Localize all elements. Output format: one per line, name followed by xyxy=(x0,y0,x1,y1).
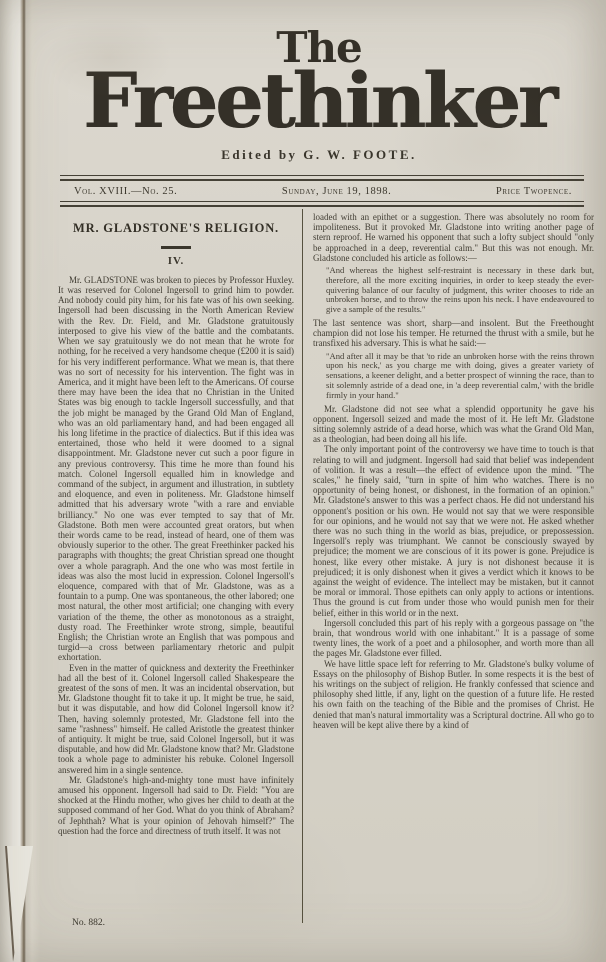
part-number-heading: IV. xyxy=(58,255,294,267)
price-label: Price Twopence. xyxy=(496,186,572,197)
dateline: Vol. XVIII.—No. 25. Sunday, June 19, 189… xyxy=(40,181,598,201)
masthead: The Freethinker Edited by G. W. FOOTE. xyxy=(40,0,598,163)
printed-page: The Freethinker Edited by G. W. FOOTE. V… xyxy=(40,0,598,962)
body-paragraph: Mr. GLADSTONE was broken to pieces by Pr… xyxy=(58,275,294,663)
body-paragraph: The last sentence was short, sharp—and i… xyxy=(313,318,594,349)
body-paragraph: Mr. Gladstone's high-and-mighty tone mus… xyxy=(58,775,294,836)
article-columns: MR. GLADSTONE'S RELIGION. IV. Mr. GLADST… xyxy=(40,209,598,923)
masthead-rule-bottom xyxy=(60,201,584,207)
body-paragraph: Mr. Gladstone did not see what a splendi… xyxy=(313,404,594,445)
volume-number: Vol. XVIII.—No. 25. xyxy=(74,186,177,197)
left-column: MR. GLADSTONE'S RELIGION. IV. Mr. GLADST… xyxy=(40,209,302,923)
newspaper-scan-page: { "masthead": { "the": "The", "title": "… xyxy=(0,0,606,962)
body-paragraph: Even in the matter of quickness and dext… xyxy=(58,663,294,775)
quote-block: "And after all it may be that 'to ride a… xyxy=(326,352,594,401)
quote-block: "And whereas the highest self-restraint … xyxy=(326,266,594,315)
binding-edge xyxy=(0,0,40,962)
right-column: loaded with an epithet or a suggestion. … xyxy=(303,209,598,923)
article-title: MR. GLADSTONE'S RELIGION. xyxy=(58,221,294,236)
torn-page-corner xyxy=(7,846,33,962)
edited-by-line: Edited by G. W. FOOTE. xyxy=(40,147,598,163)
body-paragraph: loaded with an epithet or a suggestion. … xyxy=(313,212,594,263)
title-divider-rule xyxy=(161,246,191,249)
masthead-title: Freethinker xyxy=(40,66,598,136)
issue-number: No. 882. xyxy=(72,918,105,928)
body-paragraph: We have little space left for referring … xyxy=(313,659,594,730)
issue-date: Sunday, June 19, 1898. xyxy=(282,186,391,197)
body-paragraph: Ingersoll concluded this part of his rep… xyxy=(313,618,594,659)
body-paragraph: The only important point of the controve… xyxy=(313,444,594,617)
